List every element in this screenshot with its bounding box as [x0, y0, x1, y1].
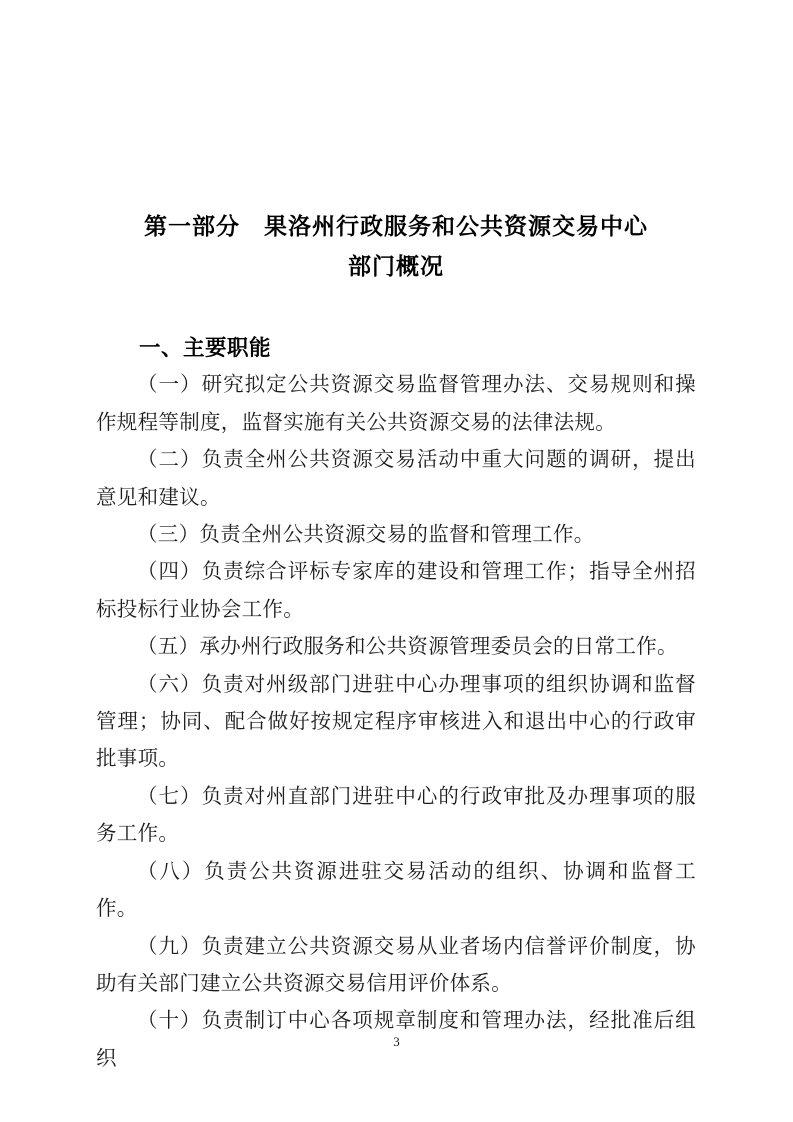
paragraph-1: （一）研究拟定公共资源交易监督管理办法、交易规则和操作规程等制度，监督实施有关公…	[96, 367, 696, 442]
paragraph-9: （九）负责建立公共资源交易从业者场内信誉评价制度，协助有关部门建立公共资源交易信…	[96, 929, 696, 1004]
document-title-line2: 部门概况	[96, 246, 696, 286]
page-number: 3	[0, 1034, 793, 1050]
paragraph-4: （四）负责综合评标专家库的建设和管理工作；指导全州招标投标行业协会工作。	[96, 554, 696, 629]
document-page: 第一部分 果洛州行政服务和公共资源交易中心 部门概况 一、主要职能 （一）研究拟…	[0, 0, 793, 1122]
section-heading: 一、主要职能	[96, 330, 696, 367]
document-body: 一、主要职能 （一）研究拟定公共资源交易监督管理办法、交易规则和操作规程等制度，…	[96, 330, 696, 1078]
paragraph-5: （五）承办州行政服务和公共资源管理委员会的日常工作。	[96, 629, 696, 666]
document-title-line1: 第一部分 果洛州行政服务和公共资源交易中心	[96, 206, 696, 246]
paragraph-8: （八）负责公共资源进驻交易活动的组织、协调和监督工作。	[96, 854, 696, 929]
paragraph-2: （二）负责全州公共资源交易活动中重大问题的调研，提出意见和建议。	[96, 442, 696, 517]
paragraph-7: （七）负责对州直部门进驻中心的行政审批及办理事项的服务工作。	[96, 779, 696, 854]
paragraph-6: （六）负责对州级部门进驻中心办理事项的组织协调和监督管理；协同、配合做好按规定程…	[96, 667, 696, 779]
document-title: 第一部分 果洛州行政服务和公共资源交易中心 部门概况	[96, 206, 696, 286]
paragraph-3: （三）负责全州公共资源交易的监督和管理工作。	[96, 517, 696, 554]
